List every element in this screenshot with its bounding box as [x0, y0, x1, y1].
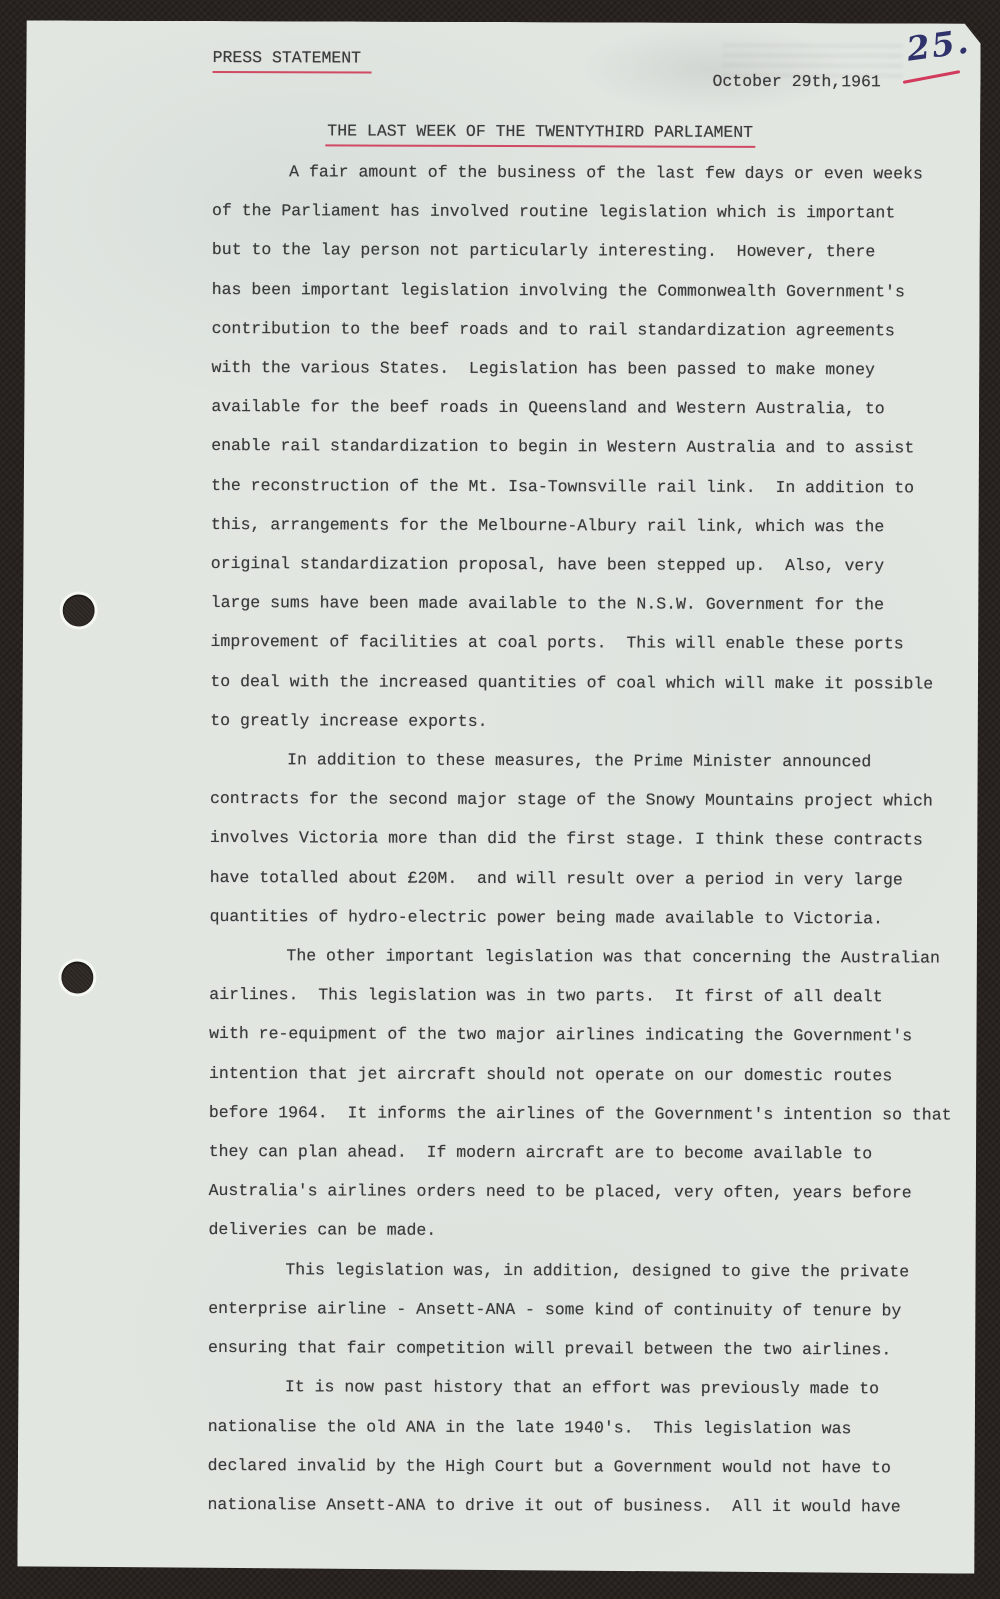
punch-hole-icon — [61, 961, 93, 993]
paragraph: The other important legislation was that… — [208, 936, 971, 1252]
press-statement-label: PRESS STATEMENT — [213, 48, 372, 74]
paragraph: In addition to these measures, the Prime… — [210, 740, 973, 939]
paragraph: It is now past history that an effort wa… — [207, 1367, 970, 1526]
document-body: A fair amount of the business of the las… — [207, 152, 974, 1527]
document-title: THE LAST WEEK OF THE TWENTYTHIRD PARLIAM… — [325, 121, 755, 148]
page-number-red-underline — [903, 70, 961, 84]
document-page: PRESS STATEMENT October 29th,1961 25. TH… — [17, 20, 980, 1573]
punch-hole-icon — [63, 594, 95, 626]
paragraph: A fair amount of the business of the las… — [210, 152, 974, 743]
handwritten-page-number: 25. — [904, 21, 972, 68]
paragraph: This legislation was, in addition, desig… — [208, 1250, 970, 1370]
date-label: October 29th,1961 — [712, 72, 880, 92]
